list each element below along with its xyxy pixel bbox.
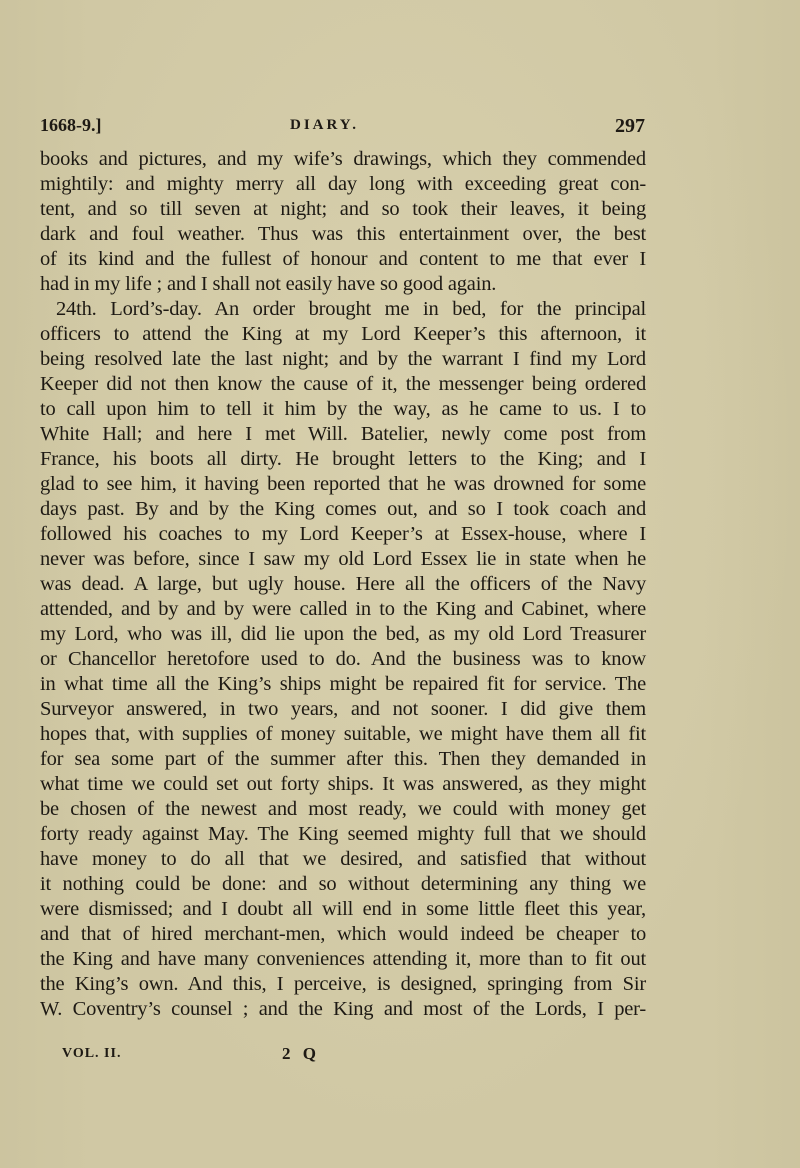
text-line: hopes that, with supplies of money suita… — [40, 722, 646, 747]
text-line: forty ready against May. The King seemed… — [40, 822, 646, 847]
text-line: being resolved late the last night; and … — [40, 347, 646, 372]
text-line-paragraph-end: had in my life ; and I shall not easily … — [40, 272, 646, 297]
text-line: W. Coventry’s counsel ; and the King and… — [40, 997, 646, 1022]
text-line: have money to do all that we desired, an… — [40, 847, 646, 872]
text-line: what time we could set out forty ships. … — [40, 772, 646, 797]
text-line: White Hall; and here I met Will. Batelie… — [40, 422, 646, 447]
text-line: followed his coaches to my Lord Keeper’s… — [40, 522, 646, 547]
text-line: attended, and by and by were called in t… — [40, 597, 646, 622]
volume-label: VOL. II. — [62, 1046, 121, 1062]
text-line: dark and foul weather. Thus was this ent… — [40, 222, 646, 247]
text-line: and that of hired merchant-men, which wo… — [40, 922, 646, 947]
text-line: officers to attend the King at my Lord K… — [40, 322, 646, 347]
text-line: to call upon him to tell it him by the w… — [40, 397, 646, 422]
running-head-title: DIARY. — [290, 117, 359, 134]
text-line: mightily: and mighty merry all day long … — [40, 172, 646, 197]
book-page: 1668-9.] DIARY. 297 books and pictures, … — [0, 0, 800, 1168]
text-line: tent, and so till seven at night; and so… — [40, 197, 646, 222]
text-line: glad to see him, it having been reported… — [40, 472, 646, 497]
text-line: books and pictures, and my wife’s drawin… — [40, 147, 646, 172]
text-line: days past. By and by the King comes out,… — [40, 497, 646, 522]
text-line: Surveyor answered, in two years, and not… — [40, 697, 646, 722]
signature-mark: 2 Q — [282, 1044, 320, 1064]
text-line: of its kind and the fullest of honour an… — [40, 247, 646, 272]
text-line: or Chancellor heretofore used to do. And… — [40, 647, 646, 672]
running-head-date-range: 1668-9.] — [40, 115, 102, 136]
text-line: the King and have many conveniences atte… — [40, 947, 646, 972]
text-line: was dead. A large, but ugly house. Here … — [40, 572, 646, 597]
body-text: books and pictures, and my wife’s drawin… — [40, 147, 646, 1022]
running-head: 1668-9.] DIARY. 297 — [40, 115, 645, 143]
text-line: never was before, since I saw my old Lor… — [40, 547, 646, 572]
text-line: in what time all the King’s ships might … — [40, 672, 646, 697]
text-line: France, his boots all dirty. He brought … — [40, 447, 646, 472]
text-line: Keeper did not then know the cause of it… — [40, 372, 646, 397]
text-line: my Lord, who was ill, did lie upon the b… — [40, 622, 646, 647]
text-line: the King’s own. And this, I perceive, is… — [40, 972, 646, 997]
text-line-entry-start: 24th. Lord’s-day. An order brought me in… — [40, 297, 646, 322]
text-line: it nothing could be done: and so without… — [40, 872, 646, 897]
text-line: for sea some part of the summer after th… — [40, 747, 646, 772]
text-line: were dismissed; and I doubt all will end… — [40, 897, 646, 922]
page-footer: VOL. II. 2 Q — [62, 1046, 662, 1070]
page-number: 297 — [615, 115, 645, 138]
text-line: be chosen of the newest and most ready, … — [40, 797, 646, 822]
